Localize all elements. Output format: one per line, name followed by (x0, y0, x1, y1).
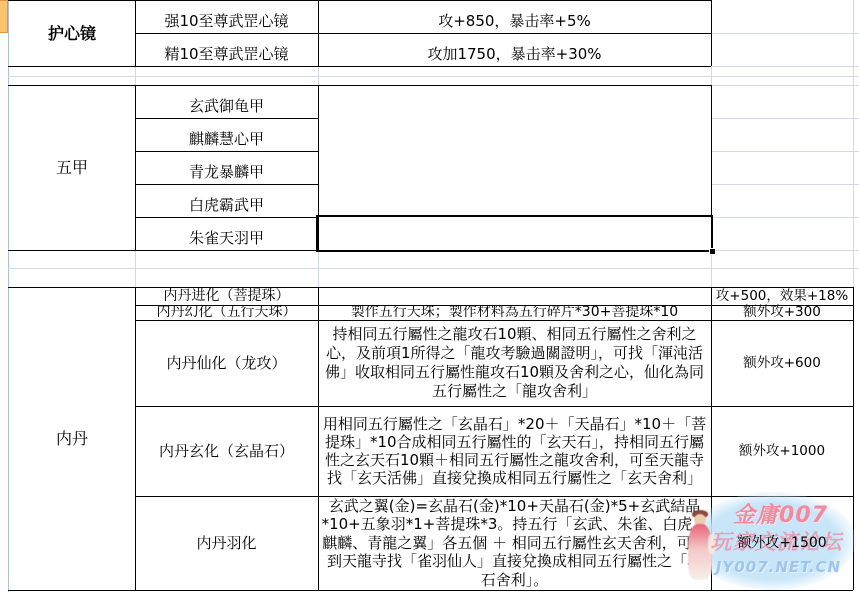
selection-box[interactable] (316, 215, 713, 252)
grid-line (712, 33, 859, 34)
cell-border (711, 0, 712, 66)
cell-description[interactable]: 用相同五行屬性之「玄晶石」*20＋「天晶石」*10＋「菩提珠」*10合成相同五行… (319, 407, 710, 495)
cell-item-name[interactable]: 青龙暴麟甲 (136, 152, 317, 183)
cell-item-name[interactable]: 内丹玄化（玄晶石） (136, 407, 317, 495)
cell-item-name[interactable]: 麒麟慧心甲 (136, 119, 317, 150)
cell-effect[interactable]: 额外攻+300 (712, 306, 852, 319)
grid-line (8, 268, 859, 269)
cell-item-name[interactable]: 玄武御龟甲 (136, 86, 317, 117)
cell-category-huxinjing[interactable]: 护心镜 (9, 1, 135, 65)
grid-line (712, 118, 859, 119)
cell-effect[interactable]: 攻+500，效果+18% (712, 288, 852, 304)
cell-border (8, 66, 711, 67)
cell-category-wujia[interactable]: 五甲 (9, 86, 135, 249)
grid-line (712, 151, 859, 152)
cell-item-name[interactable]: 精10至尊武罡心镜 (136, 34, 317, 65)
cell-effect[interactable]: 攻加1750，暴击率+30% (319, 34, 710, 65)
grid-line (8, 76, 859, 77)
cell-item-name[interactable]: 内丹羽化 (136, 497, 317, 589)
cell-item-name[interactable]: 内丹仙化（龙攻） (136, 321, 317, 405)
selected-row-header-highlight[interactable] (0, 0, 8, 33)
cell-item-name[interactable]: 内丹进化（菩提珠） (136, 288, 317, 304)
cell-item-name[interactable]: 白虎霸武甲 (136, 185, 317, 216)
cell-description[interactable]: 玄武之翼(金)=玄晶石(金)*10+天晶石(金)*5+玄武結晶*10+五象羽*1… (319, 497, 710, 589)
cell-item-name[interactable]: 朱雀天羽甲 (136, 218, 317, 249)
cell-border (853, 287, 854, 590)
fill-handle[interactable] (709, 248, 716, 255)
grid-line (712, 85, 859, 86)
cell-effect[interactable]: 额外攻+1000 (712, 407, 852, 495)
cell-description[interactable]: 持相同五行屬性之龍攻石10顆、相同五行屬性之舍利之心，及前項1所得之「龍攻考驗過… (319, 321, 710, 405)
cell-effect[interactable]: 额外攻+600 (712, 321, 852, 405)
grid-line (712, 66, 859, 67)
cell-effect[interactable]: 攻+850，暴击率+5% (319, 0, 710, 32)
spreadsheet-canvas: 护心镜 强10至尊武罡心镜 攻+850，暴击率+5% 精10至尊武罡心镜 攻加1… (0, 0, 859, 592)
cell-effect[interactable]: 额外攻+1500 (712, 497, 852, 589)
grid-line (712, 184, 859, 185)
cell-description[interactable]: 製作五行天珠；製作材料為五行碎片*30+菩提珠*10 (319, 306, 710, 319)
cell-border (8, 590, 853, 591)
cell-category-neidan[interactable]: 内丹 (9, 288, 135, 589)
cell-item-name[interactable]: 强10至尊武罡心镜 (136, 0, 317, 32)
grid-line (712, 217, 859, 218)
cell-item-name[interactable]: 内丹幻化（五行天珠） (136, 306, 317, 319)
grid-line (712, 250, 859, 251)
grid-line (853, 0, 854, 287)
